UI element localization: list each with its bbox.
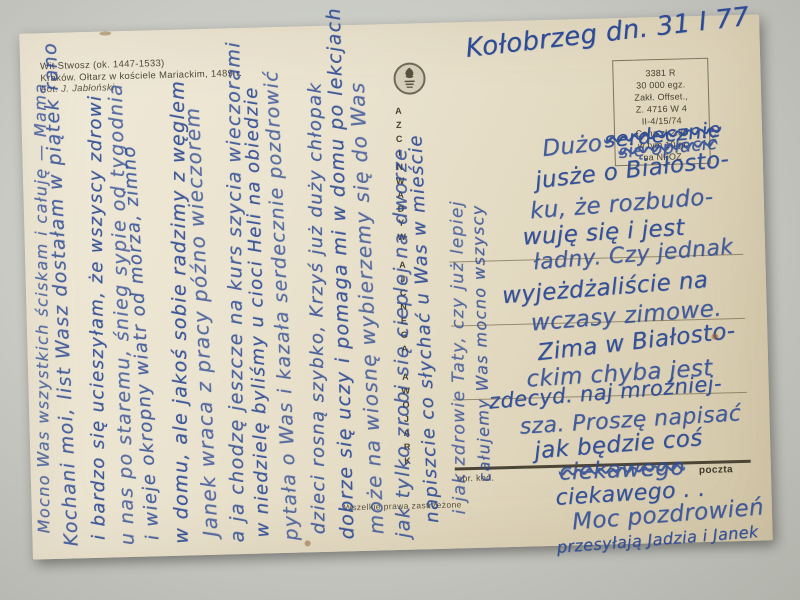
photo-caption: Wit Stwosz (ok. 1447-1533)Kraków. Ołtarz…	[40, 56, 243, 96]
kaw-logo-icon	[392, 61, 427, 96]
handwritten-vertical-line: całujemy Was mocno wszyscy	[470, 204, 493, 482]
photo-background: Wit Stwosz (ok. 1447-1533)Kraków. Ołtarz…	[0, 0, 800, 600]
handwritten-message-line: Dużo	[541, 132, 603, 161]
handwritten-vertical-line: i bardzo się ucieszyłam, że wszyscy zdro…	[87, 95, 109, 540]
postcard-back: Wit Stwosz (ok. 1447-1533)Kraków. Ołtarz…	[19, 14, 773, 559]
poczta-label: poczta	[699, 464, 733, 476]
handwriting-layer: Kołobrzeg dn. 31 I 77Dużoserdeczniesię o…	[19, 14, 759, 33]
paper-stain	[305, 540, 311, 546]
handwritten-vertical-line: i jak zdrowie Taty, czy już lepiej	[449, 200, 469, 515]
paper-stain	[99, 31, 111, 35]
handwritten-vertical-line: dzieci rosną szybko, Krzyś już duży chło…	[306, 82, 328, 535]
handwritten-date: Kołobrzeg dn. 31 I 77	[464, 4, 750, 62]
